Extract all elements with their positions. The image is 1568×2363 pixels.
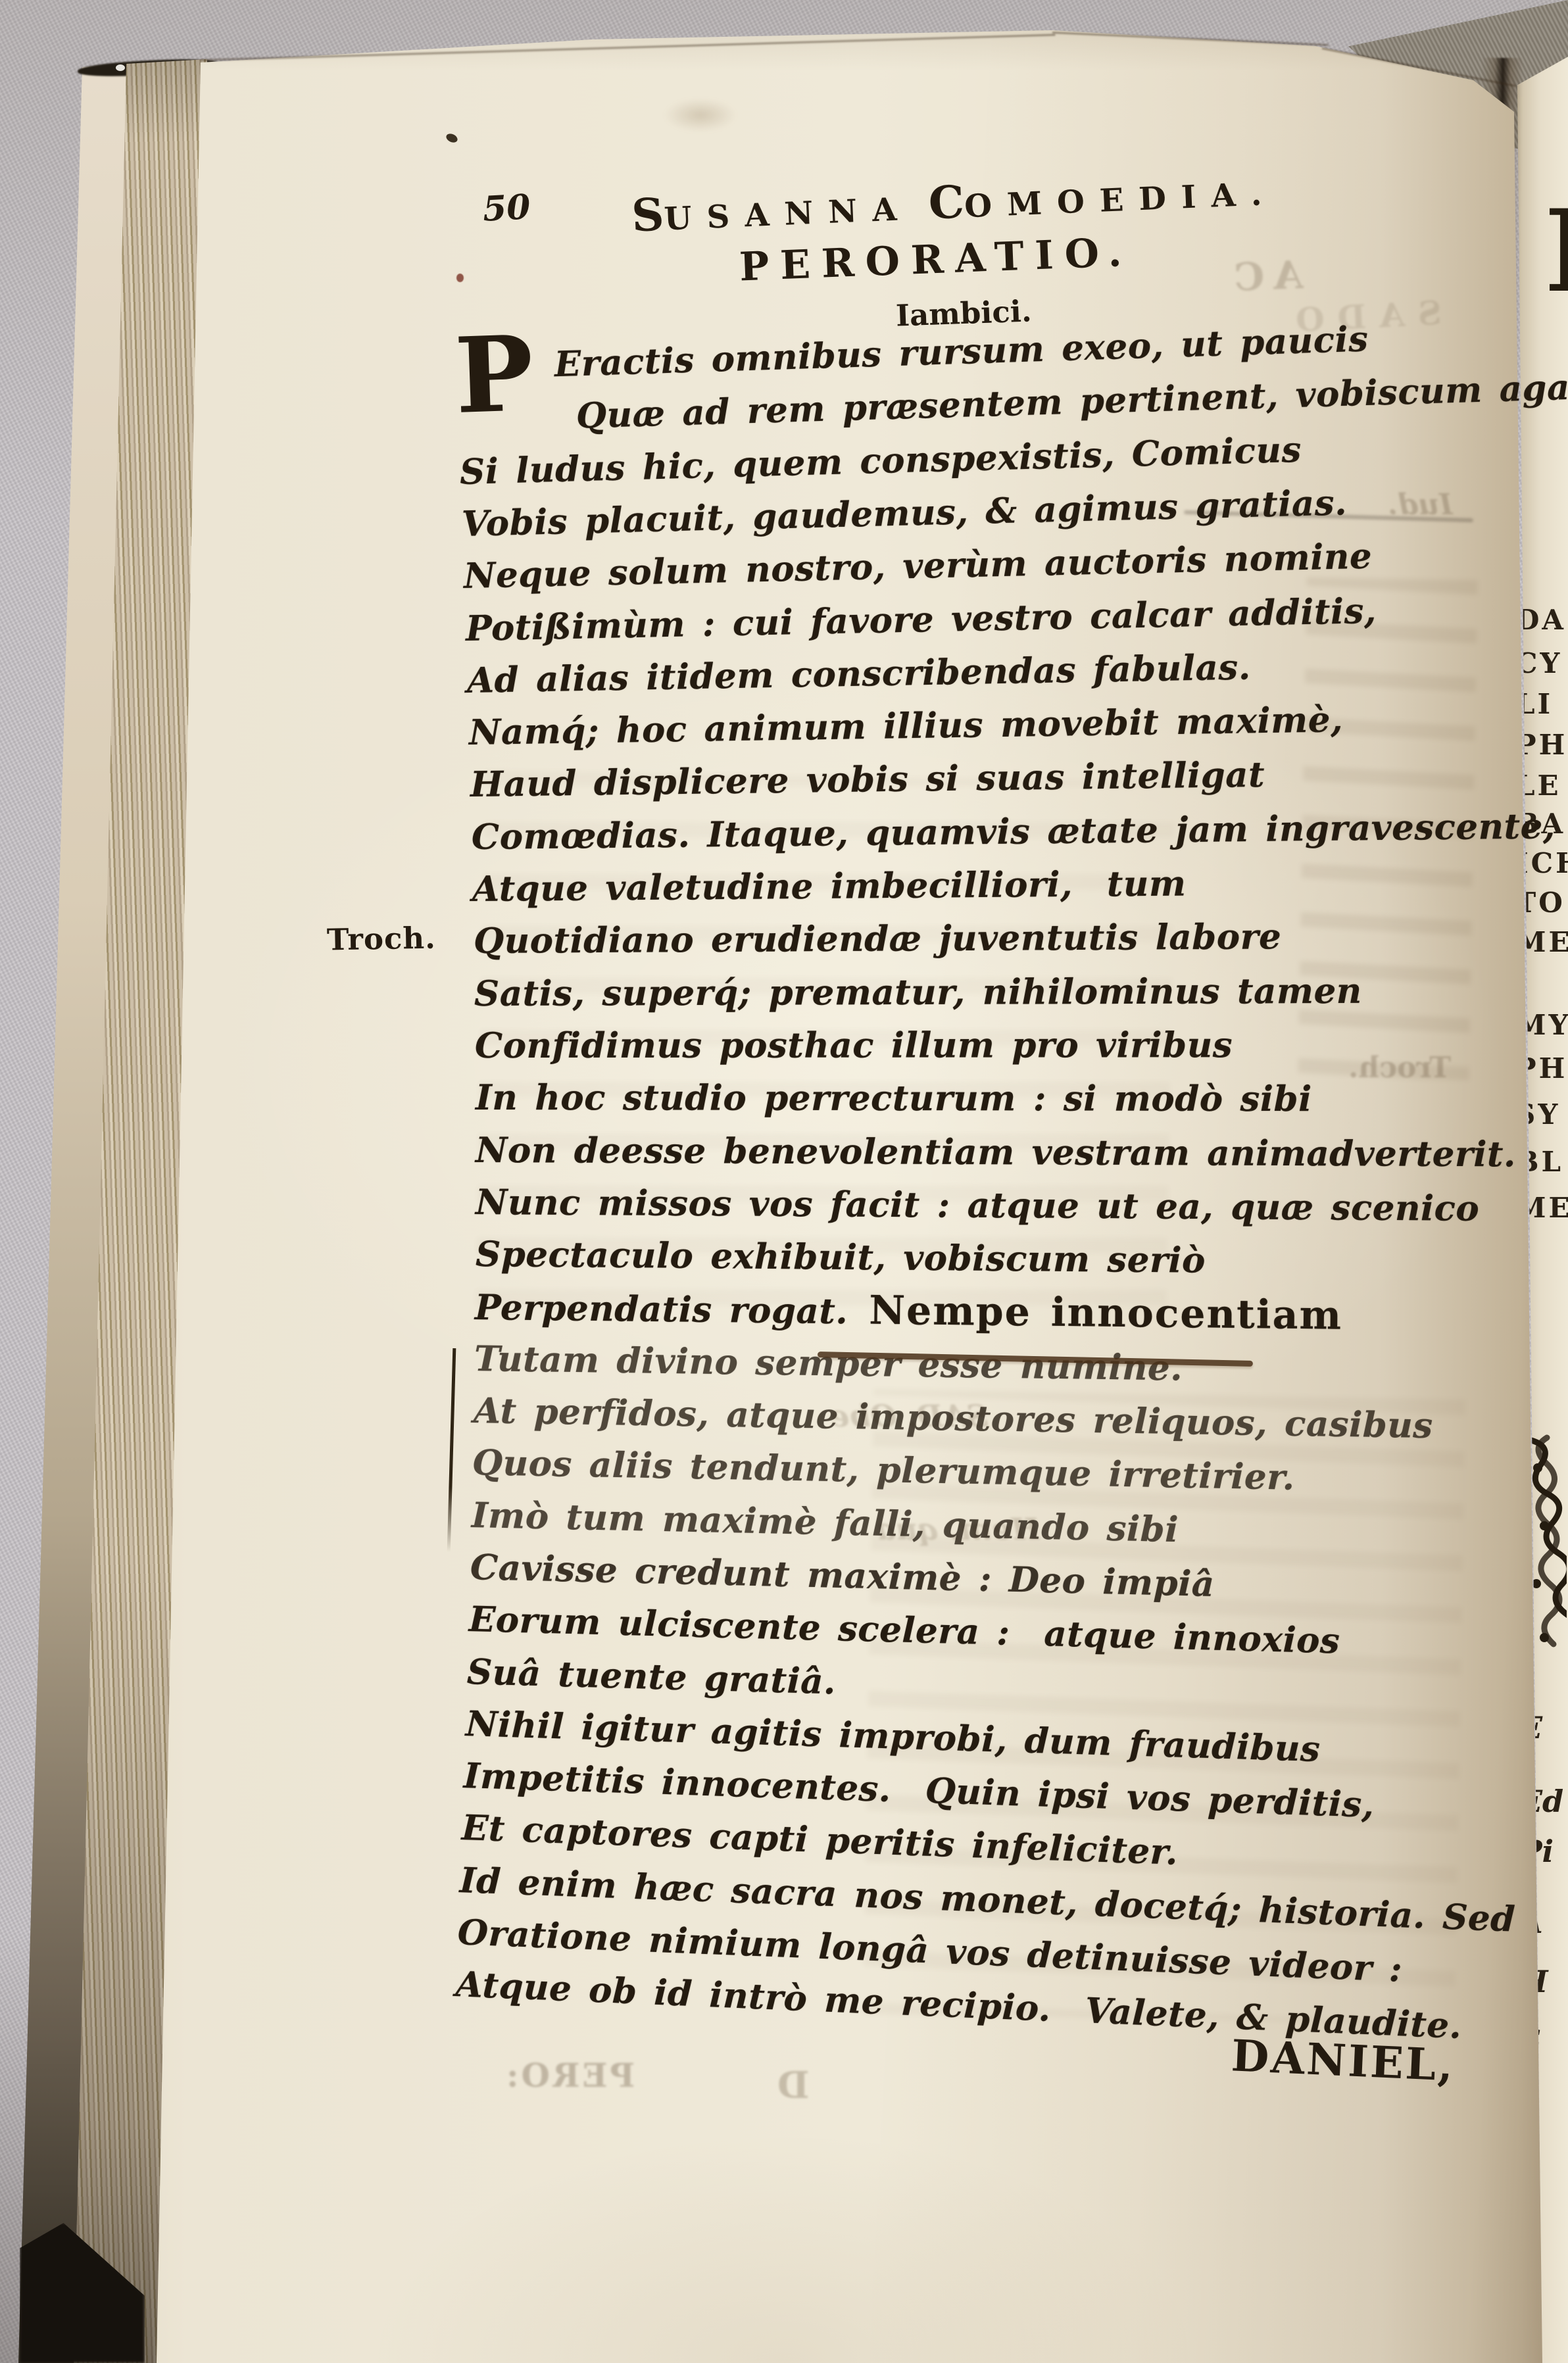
emphasized-roman-text: Nempe innocentiam — [869, 1288, 1343, 1339]
page-number: 50 — [481, 187, 531, 230]
poem-line: Spectaculo exhibuit, vobiscum seriò — [475, 1230, 1206, 1284]
poem-line-text: Quotidiano erudiendæ juventutis labore — [474, 917, 1282, 962]
poem-line-text: Cavisse credunt maximè : Deo impiâ — [470, 1547, 1215, 1605]
running-title-initial: C — [927, 176, 965, 230]
poem-line-text: Namq́; hoc animum illius movebit maximè, — [468, 699, 1343, 753]
poem-line-text: Ad alias itidem conscribendas fabulas. — [467, 646, 1252, 701]
poem-line-text: Non deesse benevolentiam vestram animadv… — [476, 1130, 1516, 1175]
poem-line-text: Potißimùm : cui favore vestro calcar add… — [465, 590, 1377, 648]
poem-line: Nunc missos vos facit : atque ut ea, quæ… — [476, 1179, 1480, 1232]
poem-line-text: Tutam divino semper esse numine. — [474, 1338, 1183, 1389]
poem-line: Ad alias itidem conscribendas fabulas. — [467, 643, 1252, 704]
printed-page-content: 50 SUSANNACOMOEDIA. PERORATIO. Iambici. … — [0, 0, 1568, 2363]
running-title: SUSANNACOMOEDIA. — [631, 162, 1278, 242]
poem-line-text: At perfidos, atque impostores reliquos, … — [473, 1390, 1433, 1446]
poem-line: Tutam divino semper esse numine. — [474, 1335, 1183, 1392]
poem-line: Haud displicere vobis si suas intelligat — [470, 751, 1265, 808]
poem-line-text: Atque valetudine imbecilliori, tum — [472, 864, 1187, 910]
running-title-text: OMOEDIA. — [964, 175, 1277, 225]
poem-line-text: Comœdias. Itaque, quamvis ætate jam ingr… — [471, 806, 1555, 858]
poem-line-text: Suâ tuente gratiâ. — [466, 1651, 837, 1703]
poem-line: In hoc studio perrecturum : si modò sibi — [476, 1074, 1312, 1123]
poem-line: Namq́; hoc animum illius movebit maximè, — [468, 696, 1343, 756]
poem-line: Imò tum maximè falli, quando sibi — [471, 1492, 1179, 1553]
poem-line: Non deesse benevolentiam vestram animadv… — [476, 1127, 1516, 1178]
running-title-text: USANNA — [664, 191, 913, 238]
poem-line-text: Confidimus posthac illum pro viribus — [475, 1025, 1233, 1066]
poem-line: Comœdias. Itaque, quamvis ætate jam ingr… — [471, 802, 1556, 861]
poem-line: Quotidiano erudiendæ juventutis labore — [474, 914, 1282, 965]
poem-line: Suâ tuente gratiâ. — [466, 1648, 837, 1706]
running-title-initial: S — [631, 189, 665, 243]
poem-line: Satis, superq́; prematur, nihilominus ta… — [474, 967, 1362, 1017]
poem-line: Quos aliis tendunt, plerumque irretirier… — [472, 1439, 1296, 1501]
poem-line-text: Imò tum maximè falli, quando sibi — [471, 1495, 1179, 1550]
poem-line-text: Nunc missos vos facit : atque ut ea, quæ… — [476, 1182, 1480, 1229]
poem-line-text: Spectaculo exhibuit, vobiscum seriò — [475, 1234, 1205, 1281]
poem-line-text: Satis, superq́; prematur, nihilominus ta… — [474, 970, 1362, 1013]
poem-line: Confidimus posthac illum pro viribus — [475, 1021, 1233, 1069]
poem-line: Atque valetudine imbecilliori, tum — [472, 860, 1187, 913]
margin-ink-stroke — [447, 1348, 456, 1552]
poem-line-text: Neque solum nostro, verùm auctoris nomin… — [463, 536, 1372, 597]
poem-line-text: Quos aliis tendunt, plerumque irretirier… — [472, 1442, 1296, 1498]
catchword-daniel: DANIEL, — [1230, 2030, 1456, 2091]
poem-line-text: Haud displicere vobis si suas intelligat — [470, 754, 1265, 805]
section-title: PERORATIO. — [739, 230, 1134, 291]
poem-line-text: In hoc studio perrecturum : si modò sibi — [476, 1077, 1312, 1119]
poem-line-text: Perpendatis rogat. — [475, 1287, 848, 1332]
photo-of-open-book: P DACYLIPHLEBAICHTOMEMYPHSYBLME EEdPiAHS… — [0, 0, 1568, 2363]
poem-line: Perpendatis rogat.Nempe innocentiam — [475, 1282, 1343, 1341]
poem-line: At perfidos, atque impostores reliquos, … — [473, 1387, 1433, 1449]
margin-note-troch: Troch. — [327, 921, 437, 958]
